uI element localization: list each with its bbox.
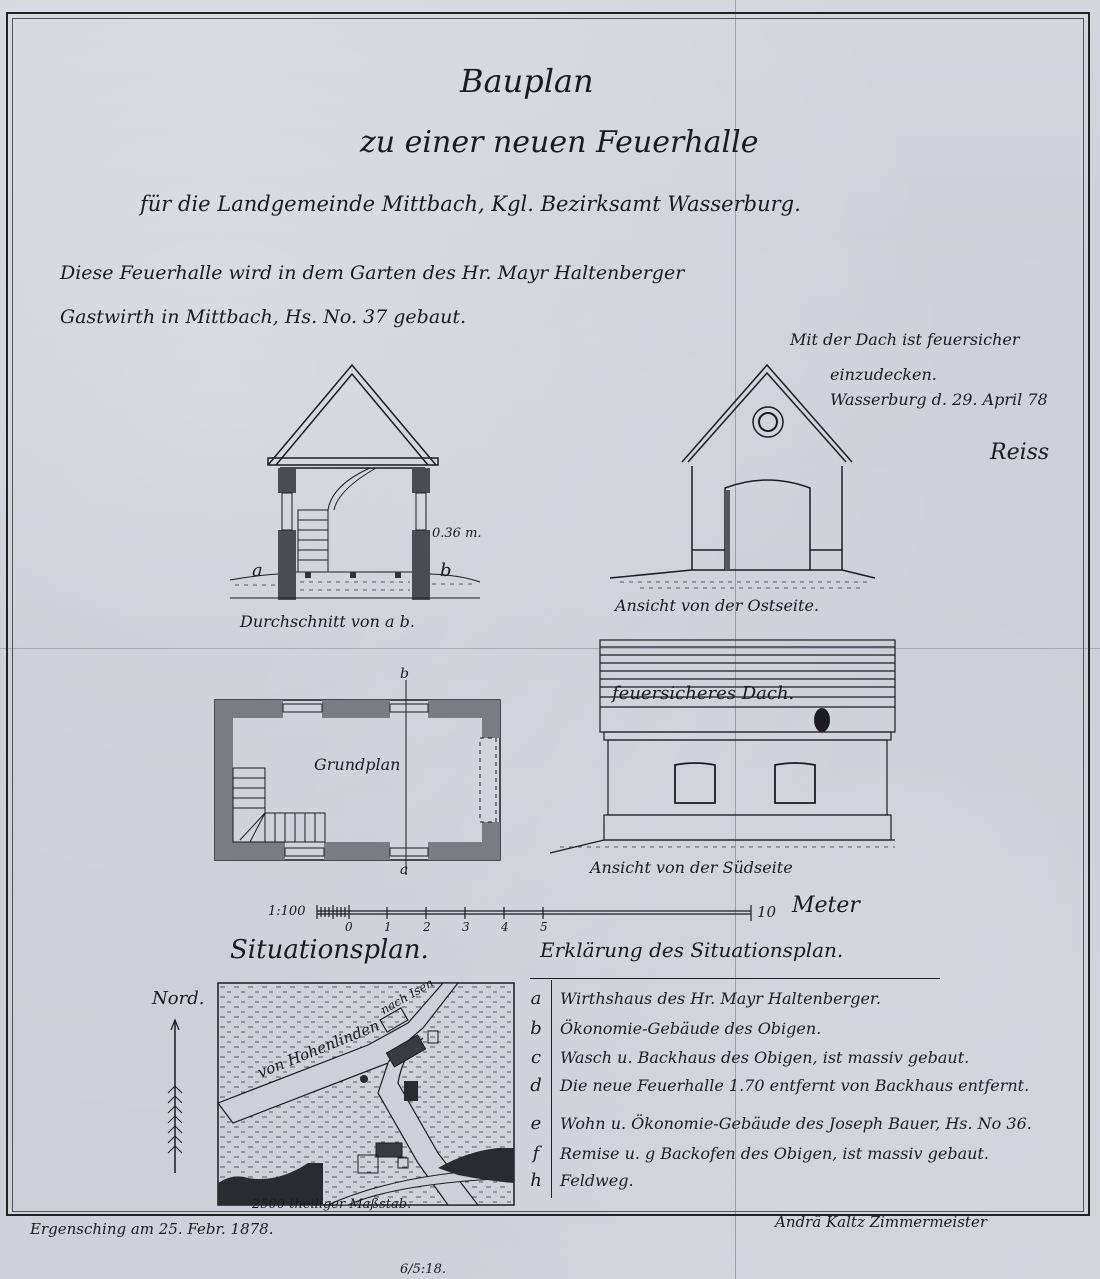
scale-tick-4: 4 [501, 920, 509, 934]
page-number: 6/5:18. [400, 1262, 446, 1277]
section-label-a: a [252, 560, 263, 581]
scale-tick-2: 2 [423, 920, 431, 934]
approval-note-line-1: Mit der Dach ist feuersicher [790, 330, 1020, 349]
legend-text: Die neue Feuerhalle 1.70 entfernt von Ba… [560, 1076, 1029, 1095]
legend-text: Feldweg. [560, 1171, 634, 1190]
document-subtitle: zu einer neuen Feuerhalle [360, 125, 758, 160]
legend-key: c [522, 1047, 550, 1068]
south-elevation-roof-text: feuersicheres Dach. [612, 683, 794, 704]
ground-plan-drawing [200, 670, 530, 885]
municipality-line: für die Landgemeinde Mittbach, Kgl. Bezi… [140, 192, 801, 216]
legend-item: eWohn u. Ökonomie-Gebäude des Joseph Bau… [522, 1113, 1032, 1139]
east-elevation-drawing [600, 360, 880, 590]
south-elevation-drawing [550, 635, 900, 850]
north-arrow-icon [165, 1018, 185, 1178]
legend-key: a [522, 988, 550, 1009]
place-date: Ergensching am 25. Febr. 1878. [30, 1220, 273, 1238]
description-line-2: Gastwirth in Mittbach, Hs. No. 37 gebaut… [60, 306, 466, 328]
legend-text: Wohn u. Ökonomie-Gebäude des Joseph Baue… [560, 1114, 1032, 1133]
ground-plan-label: Grundplan [314, 755, 400, 774]
legend-heading: Erklärung des Situationsplan. [540, 938, 843, 962]
scale-tick-0: 0 [345, 920, 353, 934]
legend-key: b [522, 1018, 550, 1039]
approval-signature: Reiss [990, 440, 1049, 465]
north-label: Nord. [152, 988, 204, 1009]
section-dimension: 0.36 m. [432, 526, 482, 541]
south-elevation-caption: Ansicht von der Südseite [590, 858, 793, 877]
site-plan-title: Situationsplan. [230, 935, 429, 965]
ground-plan-label-b: b [400, 666, 409, 682]
legend-key: f [522, 1143, 550, 1164]
description-line-1: Diese Feuerhalle wird in dem Garten des … [60, 262, 684, 284]
document-title: Bauplan [460, 62, 594, 100]
ground-plan-label-a: a [400, 862, 408, 878]
legend-key: d [522, 1075, 550, 1096]
scale-tick-3: 3 [462, 920, 470, 934]
legend-item: bÖkonomie-Gebäude des Obigen. [522, 1018, 821, 1044]
legend-item: dDie neue Feuerhalle 1.70 entfernt von B… [522, 1075, 1029, 1101]
legend-key: e [522, 1113, 550, 1134]
scale-unit: Meter [792, 893, 860, 918]
legend-text: Wasch u. Backhaus des Obigen, ist massiv… [560, 1048, 969, 1067]
section-caption: Durchschnitt von a b. [240, 612, 415, 631]
scale-tick-1: 1 [384, 920, 392, 934]
scale-tick-5: 5 [540, 920, 548, 934]
legend-item: hFeldweg. [522, 1170, 634, 1196]
site-plan-map [218, 983, 514, 1205]
scale-bar-ratio: 1:100 [268, 904, 305, 919]
east-elevation-caption: Ansicht von der Ostseite. [615, 596, 819, 615]
legend-key: h [522, 1170, 550, 1191]
site-plan-scale-note: 2500 theiliger Maßstab. [252, 1197, 411, 1212]
legend-item: cWasch u. Backhaus des Obigen, ist massi… [522, 1047, 969, 1073]
scale-bar [315, 905, 755, 925]
legend-item: fRemise u. g Backofen des Obigen, ist ma… [522, 1143, 989, 1169]
section-label-b: b [440, 560, 452, 581]
legend-divider [530, 978, 940, 979]
legend-text: Remise u. g Backofen des Obigen, ist mas… [560, 1144, 989, 1163]
builder-signature: Andrä Kaltz Zimmermeister [775, 1213, 987, 1231]
legend-item: aWirthshaus des Hr. Mayr Haltenberger. [522, 988, 881, 1014]
legend-text: Wirthshaus des Hr. Mayr Haltenberger. [560, 989, 881, 1008]
legend-text: Ökonomie-Gebäude des Obigen. [560, 1019, 821, 1038]
scale-end-label: 10 [757, 903, 776, 921]
